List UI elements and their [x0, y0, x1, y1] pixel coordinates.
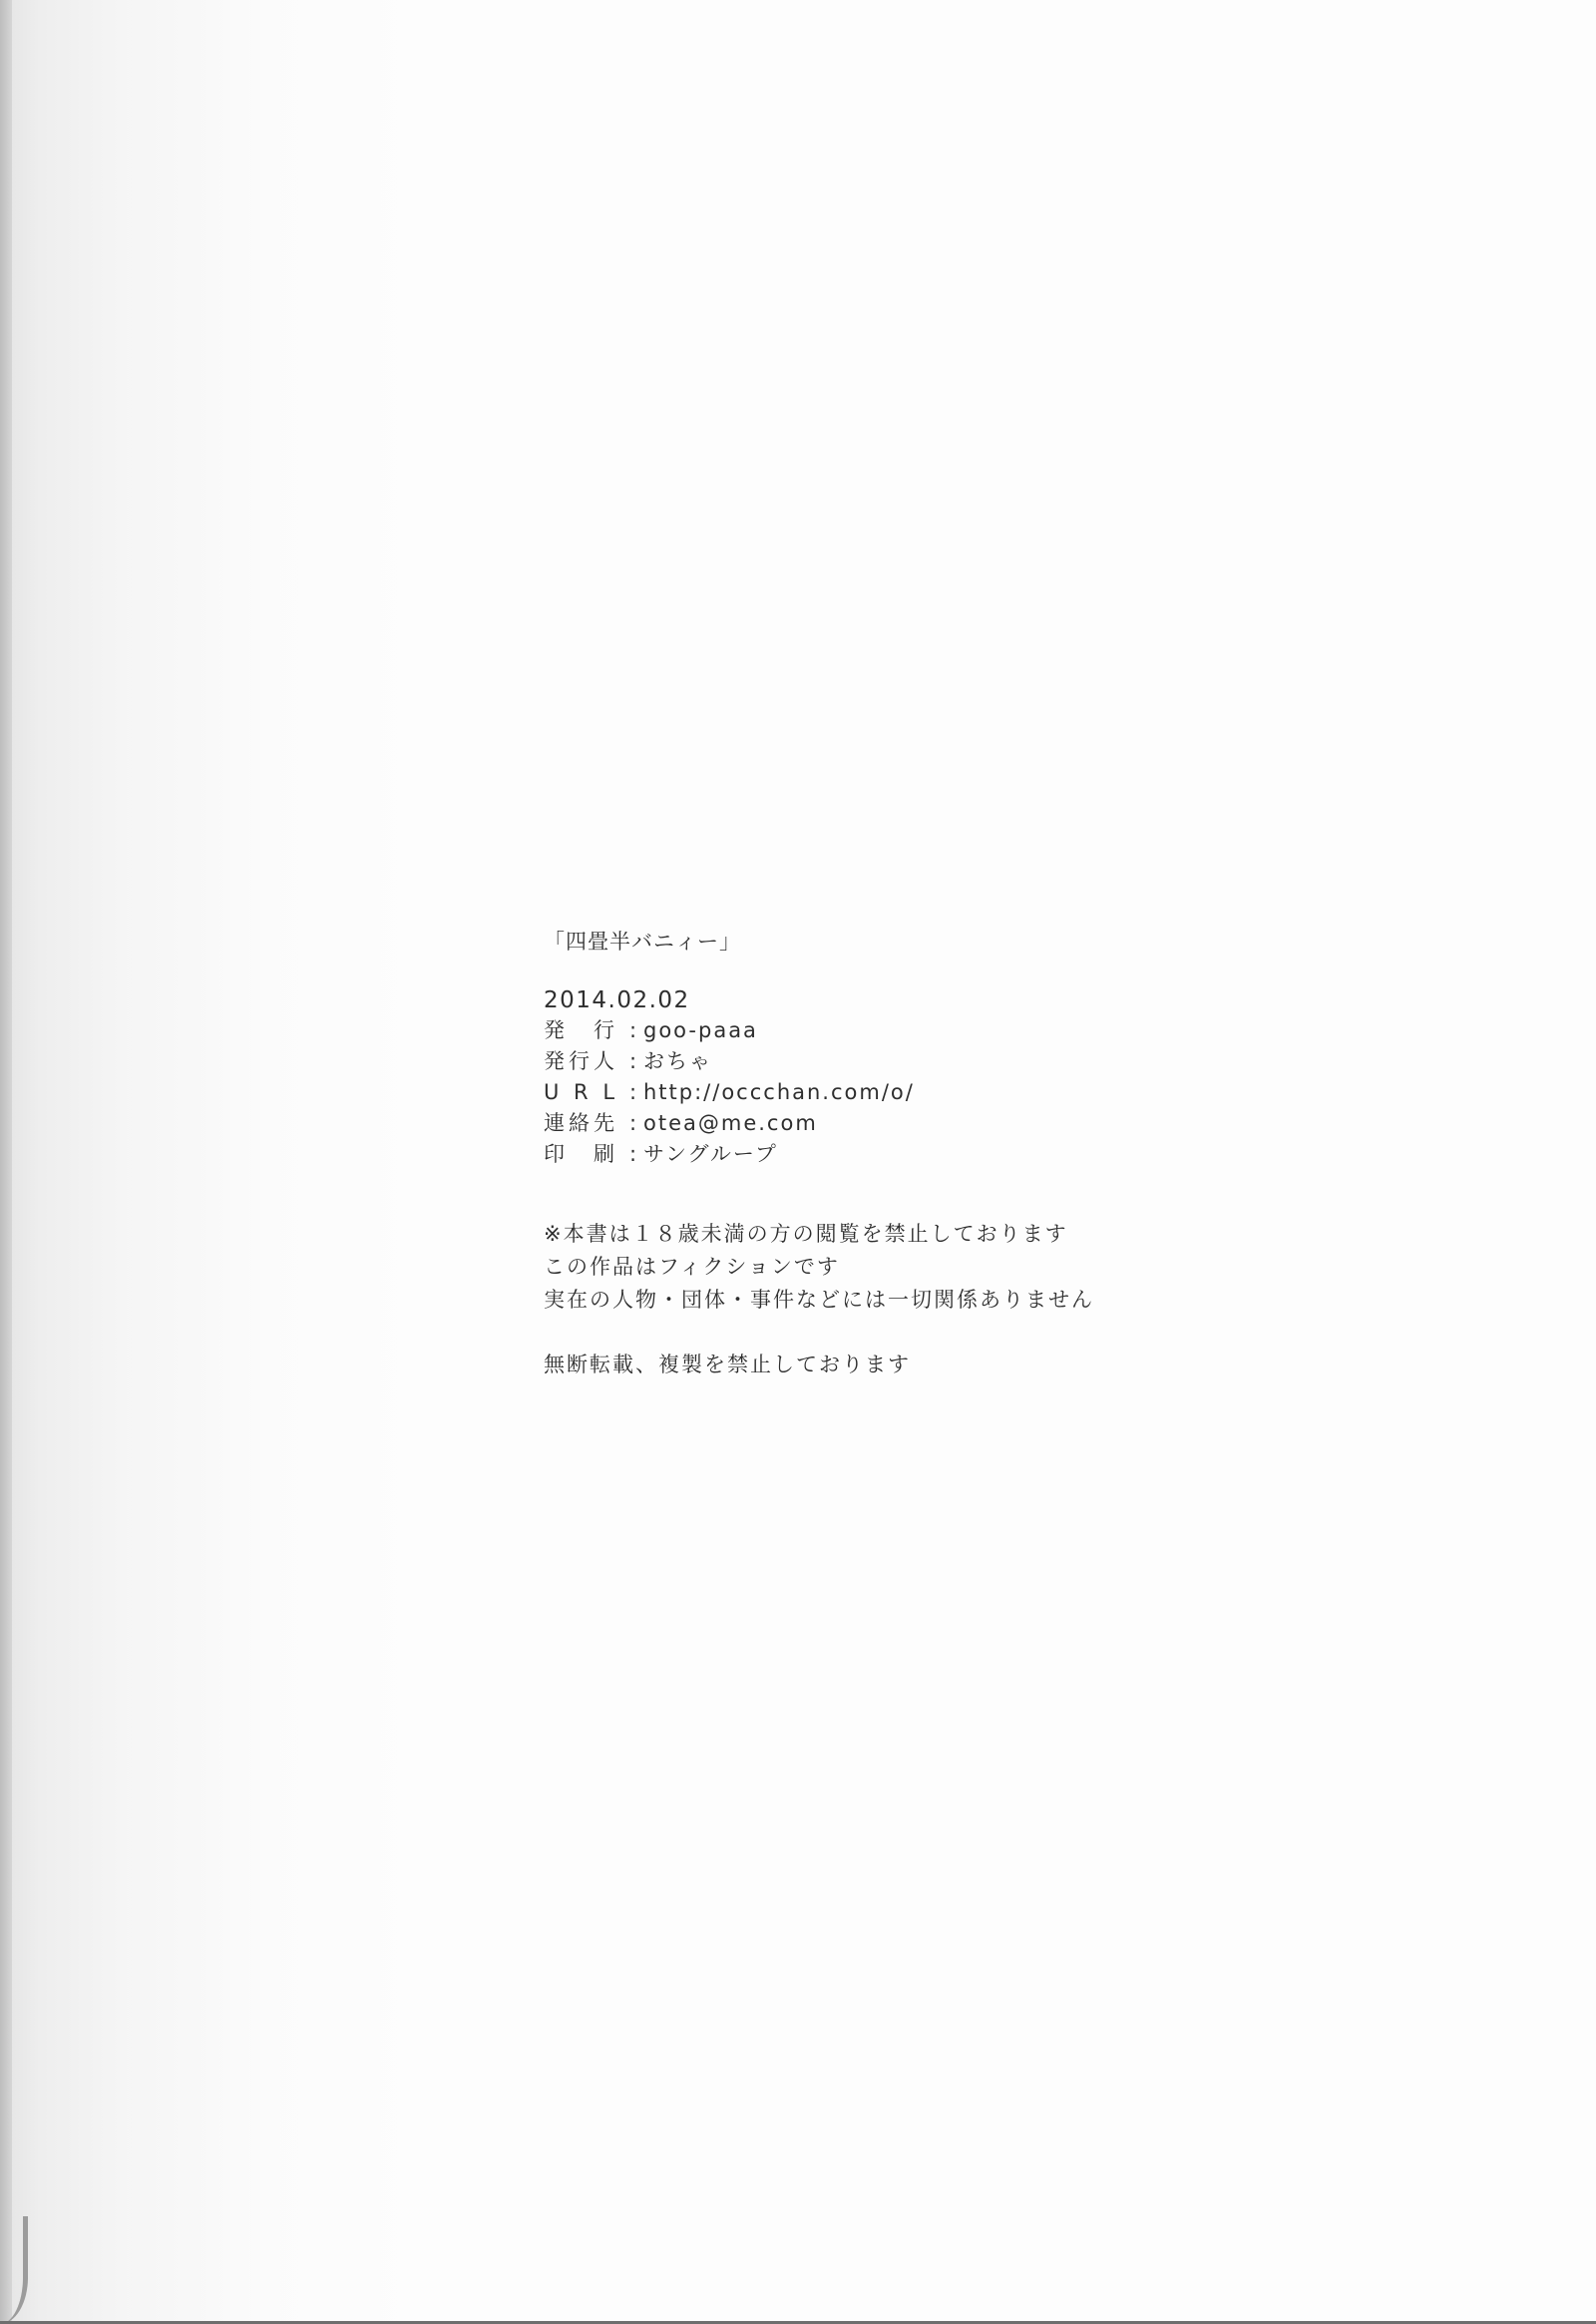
info-value: goo-paaa: [643, 1015, 758, 1046]
page-left-edge: [0, 0, 12, 2324]
info-row-publisher: 発 行 : goo-paaa: [544, 1015, 1441, 1046]
book-title: 「四畳半バニィー」: [544, 926, 1441, 958]
info-separator: :: [629, 1046, 643, 1077]
page-binding-shadow: [0, 0, 419, 2324]
info-label: 連絡先: [544, 1108, 629, 1139]
notice-age-restriction: ※本書は１８歳未満の方の閲覧を禁止しております: [544, 1218, 1441, 1251]
info-value-email: otea@me.com: [643, 1108, 818, 1139]
info-separator: :: [629, 1077, 643, 1108]
info-row-url: U R L : http://occchan.com/o/: [544, 1077, 1441, 1108]
info-value: おちゃ: [643, 1046, 712, 1077]
notice-disclaimer: 実在の人物・団体・事件などには一切関係ありません: [544, 1284, 1441, 1317]
info-row-contact: 連絡先 : otea@me.com: [544, 1108, 1441, 1139]
notice-fiction: この作品はフィクションです: [544, 1251, 1441, 1284]
colophon: 「四畳半バニィー」 2014.02.02 発 行 : goo-paaa 発行人 …: [544, 926, 1441, 1381]
info-separator: :: [629, 1015, 643, 1046]
info-row-issuer: 発行人 : おちゃ: [544, 1046, 1441, 1077]
info-value: サングループ: [643, 1139, 778, 1170]
info-value-url: http://occchan.com/o/: [643, 1077, 915, 1108]
publication-info: 発 行 : goo-paaa 発行人 : おちゃ U R L : http://…: [544, 1015, 1441, 1170]
notices: ※本書は１８歳未満の方の閲覧を禁止しております この作品はフィクションです 実在…: [544, 1218, 1441, 1381]
info-label: U R L: [544, 1077, 629, 1108]
notice-copyright: 無断転載、複製を禁止しております: [544, 1349, 1441, 1381]
info-label: 発行人: [544, 1046, 629, 1077]
info-label: 印 刷: [544, 1139, 629, 1170]
publication-date: 2014.02.02: [544, 985, 1441, 1015]
info-separator: :: [629, 1139, 643, 1170]
info-row-printer: 印 刷 : サングループ: [544, 1139, 1441, 1170]
spacer: [544, 1317, 1441, 1349]
info-separator: :: [629, 1108, 643, 1139]
info-label: 発 行: [544, 1015, 629, 1046]
